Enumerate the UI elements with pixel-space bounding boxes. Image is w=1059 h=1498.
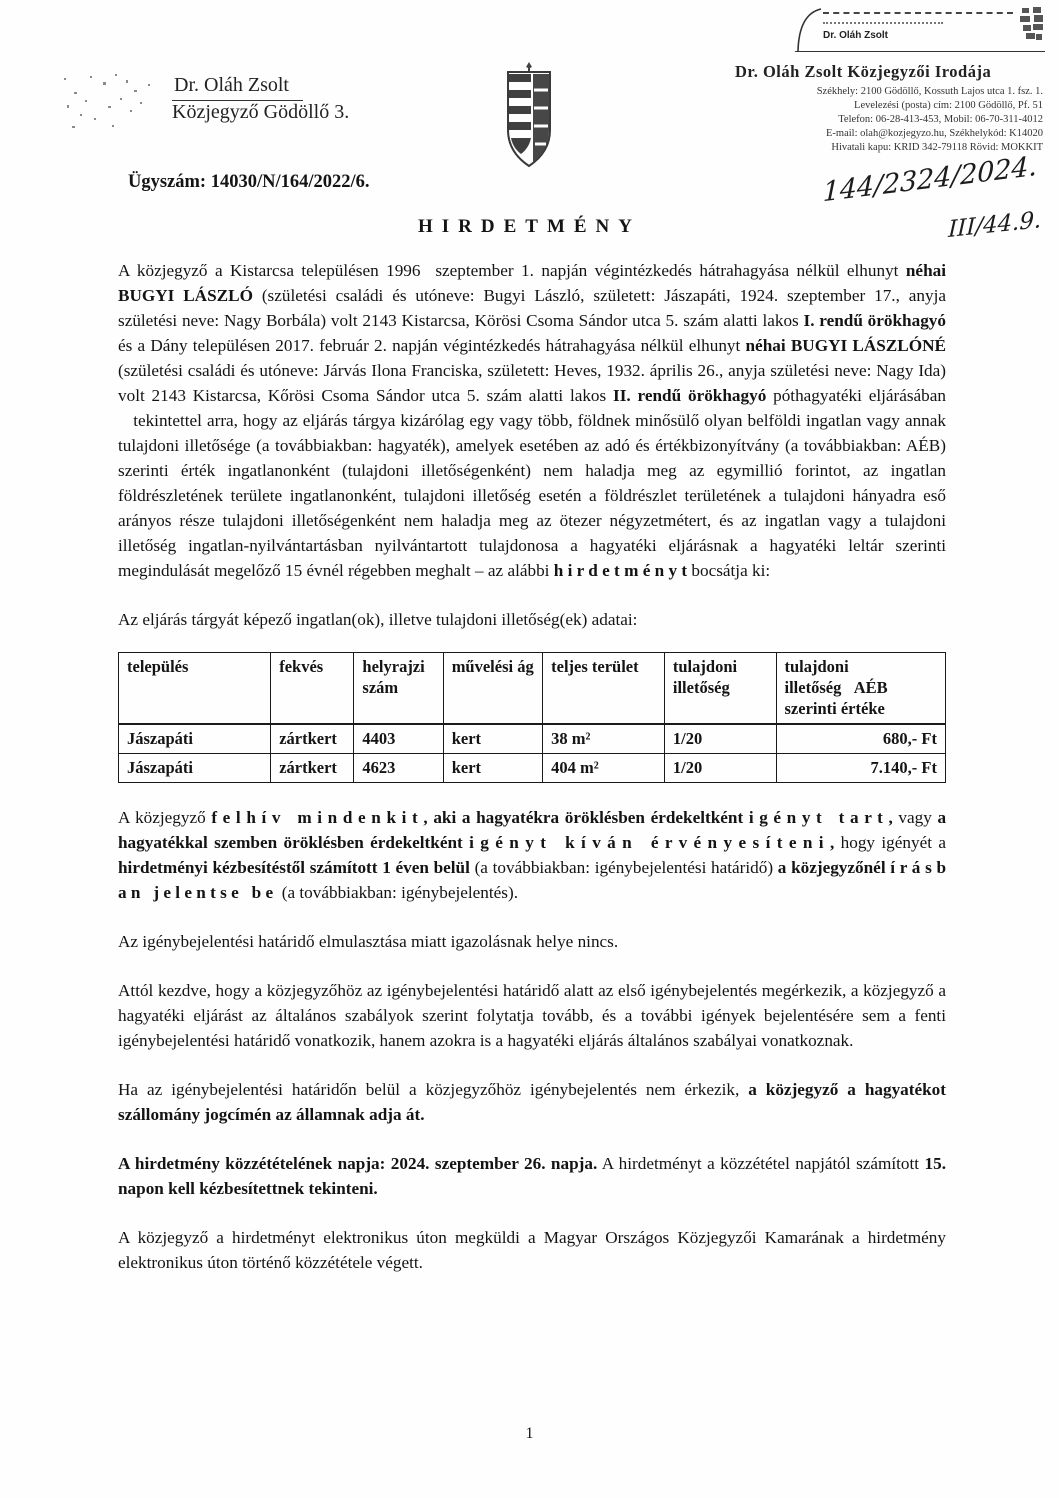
text-segment: (a továbbiakban: igénybejelentési határi… — [470, 858, 778, 877]
table-cell: 1/20 — [664, 724, 776, 754]
document-title: HIRDETMÉNY — [0, 216, 1059, 238]
faded-stamp-mark — [60, 70, 165, 140]
table-cell: kert — [443, 724, 542, 754]
office-email-line: E-mail: olah@kozjegyzo.hu, Székhelykód: … — [735, 127, 1043, 141]
table-cell: 1/20 — [664, 754, 776, 783]
table-cell: Jászapáti — [119, 724, 271, 754]
table-column-header: fekvés — [271, 653, 354, 725]
table-cell: 4623 — [354, 754, 443, 783]
handwritten-registry-number: 144/2324/2024. — [823, 151, 1038, 209]
office-name: Dr. Oláh Zsolt Közjegyzői Irodája — [735, 62, 1043, 82]
stamp-arc-line — [795, 8, 825, 52]
stamp-bottom-rule — [795, 51, 1045, 52]
table-cell: 7.140,- Ft — [776, 754, 946, 783]
text-segment: A közjegyző a Kistarcsa településen 1996… — [118, 261, 906, 280]
table-cell: 38 m² — [543, 724, 665, 754]
text-segment: i g é n y t k í v á n é r v é n y e s í … — [469, 833, 834, 852]
paragraph-estate-intro: A közjegyző a Kistarcsa településen 1996… — [118, 258, 946, 583]
office-krid-line: Hivatali kapu: KRID 342-79118 Rövid: MOK… — [735, 141, 1043, 155]
stamp-dashed-line-2 — [823, 22, 943, 24]
text-segment: A hirdetmény közzétételének napja: 2024.… — [118, 1154, 597, 1173]
table-column-header: tulajdoni illetőség AÉB szerinti értéke — [776, 653, 946, 725]
text-segment: Attól kezdve, hogy a közjegyzőhöz az igé… — [118, 981, 946, 1050]
estate-assets-table: településfekvéshelyrajzi számművelési ág… — [118, 652, 946, 783]
table-row: Jászapátizártkert4623kert404 m²1/207.140… — [119, 754, 946, 783]
text-segment: I. rendű örökhagyó — [804, 311, 946, 330]
text-segment: aki a hagyatékra öröklésben érdekeltként — [433, 808, 749, 827]
table-column-header: teljes terület — [543, 653, 665, 725]
notary-office-title: Közjegyző Gödöllő 3. — [172, 101, 349, 123]
table-cell: Jászapáti — [119, 754, 271, 783]
office-postal-line: Levelezési (posta) cím: 2100 Gödöllő, Pf… — [735, 99, 1043, 113]
hungarian-coat-of-arms-icon — [498, 60, 560, 172]
table-column-header: tulajdoni illetőség — [664, 653, 776, 725]
document-body: A közjegyző a Kistarcsa településen 1996… — [118, 258, 946, 1299]
office-contact-block: Dr. Oláh Zsolt Közjegyzői Irodája Székhe… — [735, 62, 1043, 155]
text-segment: és a Dány településen 2017. február 2. n… — [118, 336, 746, 355]
page-number: 1 — [0, 1425, 1059, 1443]
text-segment: Az eljárás tárgyát képező ingatlan(ok), … — [118, 610, 637, 629]
notary-letterhead: Dr. Oláh Zsolt Közjegyző Gödöllő 3. — [172, 74, 349, 124]
text-segment: i g é n y t t a r t , — [749, 808, 893, 827]
paragraph-state-inheritance: Ha az igénybejelentési határidőn belül a… — [118, 1077, 946, 1127]
small-crest-icon — [1018, 6, 1046, 46]
text-segment: bocsátja ki: — [687, 561, 770, 580]
table-cell: zártkert — [271, 754, 354, 783]
table-cell: 404 m² — [543, 754, 665, 783]
text-segment: Ha az igénybejelentési határidőn belül a… — [118, 1080, 748, 1099]
text-segment: h i r d e t m é n y t — [554, 561, 687, 580]
table-row: Jászapátizártkert4403kert38 m²1/20680,- … — [119, 724, 946, 754]
paragraph-no-justification: Az igénybejelentési határidő elmulasztás… — [118, 929, 946, 954]
text-segment: póthagyatéki eljárásában tekintettel arr… — [118, 386, 946, 580]
paragraph-electronic-publication: A közjegyző a hirdetményt elektronikus ú… — [118, 1225, 946, 1275]
text-segment: (a továbbiakban: igénybejelentés). — [273, 883, 518, 902]
text-segment: A közjegyző — [118, 808, 211, 827]
table-cell: zártkert — [271, 724, 354, 754]
text-segment: vagy — [893, 808, 938, 827]
table-header: településfekvéshelyrajzi számművelési ág… — [119, 653, 946, 725]
text-segment: hirdetményi kézbesítéstől számított 1 év… — [118, 858, 470, 877]
stamp-dashed-line — [823, 12, 1013, 14]
office-phone-line: Telefon: 06-28-413-453, Mobil: 06-70-311… — [735, 113, 1043, 127]
table-column-header: helyrajzi szám — [354, 653, 443, 725]
stamp-name-text: Dr. Oláh Zsolt — [823, 30, 888, 41]
paragraph-publication-date: A hirdetmény közzétételének napja: 2024.… — [118, 1151, 946, 1201]
text-segment: Az igénybejelentési határidő elmulasztás… — [118, 932, 618, 951]
table-cell: 4403 — [354, 724, 443, 754]
text-segment: A közjegyző a hirdetményt elektronikus ú… — [118, 1228, 946, 1272]
scanned-notary-document-page: Dr. Oláh Zsolt Dr. Oláh Zsolt Közjegyző … — [0, 0, 1059, 1498]
text-segment: a közjegyzőnél — [778, 858, 891, 877]
paragraph-assets-label: Az eljárás tárgyát képező ingatlan(ok), … — [118, 607, 946, 632]
table-header-row: településfekvéshelyrajzi számművelési ág… — [119, 653, 946, 725]
paragraph-procedure-continues: Attól kezdve, hogy a közjegyzőhöz az igé… — [118, 978, 946, 1053]
notary-name: Dr. Oláh Zsolt — [172, 74, 303, 101]
table-column-header: művelési ág — [443, 653, 542, 725]
text-segment: hogy igényét a — [834, 833, 946, 852]
fax-stamp-strip: Dr. Oláh Zsolt — [795, 8, 1045, 52]
table-cell: 680,- Ft — [776, 724, 946, 754]
text-segment: f e l h í v m i n d e n k i t , — [211, 808, 427, 827]
table-body: Jászapátizártkert4403kert38 m²1/20680,- … — [119, 724, 946, 783]
text-segment: II. rendű örökhagyó — [613, 386, 766, 405]
table-column-header: település — [119, 653, 271, 725]
paragraph-call-to-claim: A közjegyző f e l h í v m i n d e n k i … — [118, 805, 946, 905]
text-segment: néhai BUGYI LÁSZLÓNÉ — [746, 336, 946, 355]
text-segment: A hirdetményt a közzététel napjától szám… — [597, 1154, 924, 1173]
office-address-line: Székhely: 2100 Gödöllő, Kossuth Lajos ut… — [735, 85, 1043, 99]
table-cell: kert — [443, 754, 542, 783]
case-number: Ügyszám: 14030/N/164/2022/6. — [128, 172, 370, 193]
